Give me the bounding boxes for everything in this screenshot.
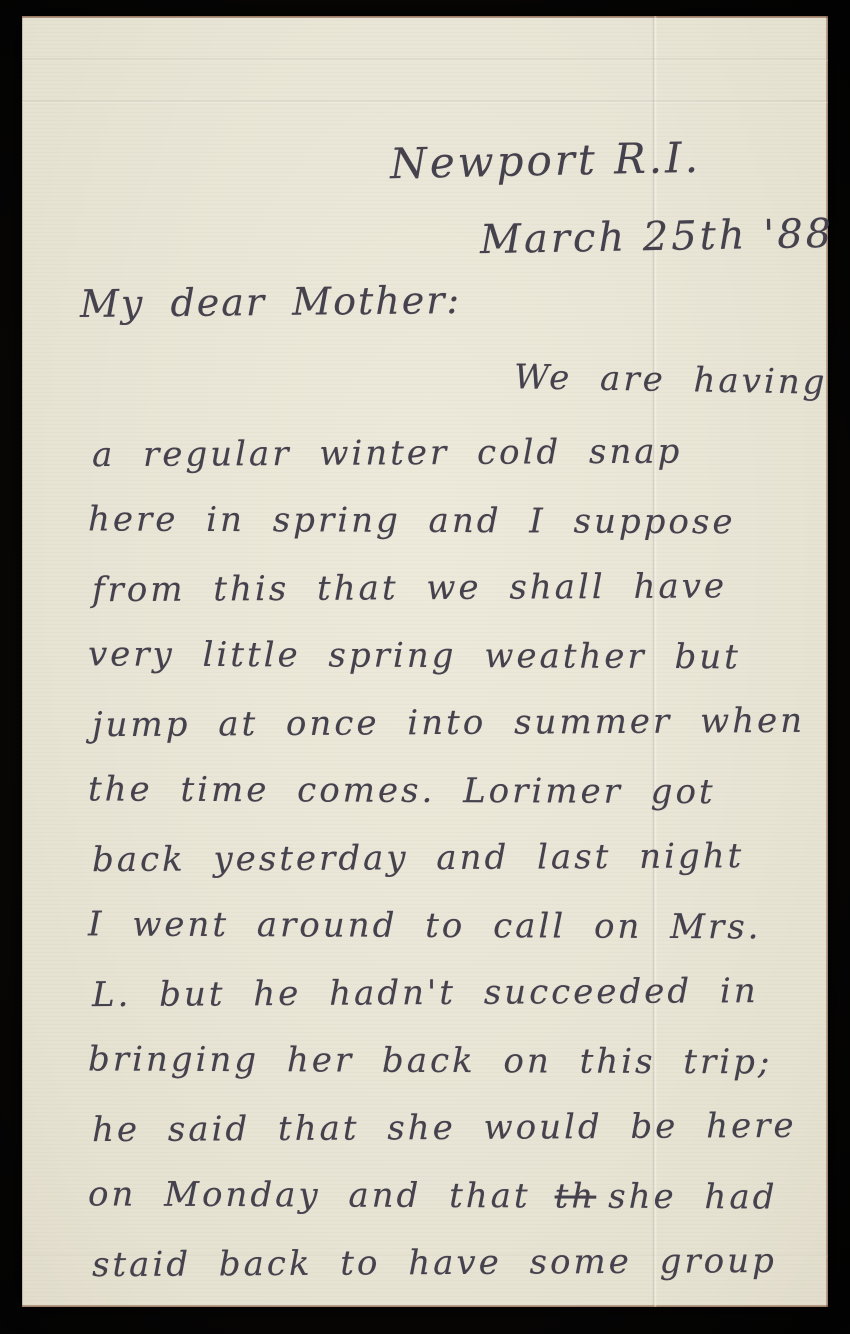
letter-line-5: jump at once into summer when bbox=[88, 688, 808, 760]
letter-line-10: bringing her back on this trip; bbox=[88, 1026, 808, 1097]
heading-date: March 25th '88 bbox=[480, 211, 835, 263]
letter-line-3: from this that we shall have bbox=[88, 553, 808, 625]
letter-line-6: the time comes. Lorimer got bbox=[88, 756, 808, 827]
letter-line-9: L. but he hadn't succeeded in bbox=[88, 958, 808, 1030]
line-12-post-text: she had bbox=[608, 1176, 777, 1217]
letter-line-4: very little spring weather but bbox=[88, 621, 808, 692]
letter-line-7: back yesterday and last night bbox=[88, 823, 808, 895]
letter-line-2: here in spring and I suppose bbox=[88, 486, 808, 557]
line-12-pre-text: on Monday and that bbox=[88, 1174, 531, 1216]
letter-line-8: I went around to call on Mrs. bbox=[88, 891, 808, 962]
heading-place: Newport R.I. bbox=[390, 133, 702, 189]
struck-word: th bbox=[555, 1176, 597, 1216]
opening-line: We are having bbox=[514, 357, 828, 402]
letter-line-1: a regular winter cold snap bbox=[88, 418, 808, 490]
salutation: My dear Mother: bbox=[80, 278, 462, 326]
letter-line-13: staid back to have some group bbox=[88, 1228, 808, 1300]
horizontal-crease-top-1 bbox=[22, 58, 828, 61]
letter-line-11: he said that she would be here bbox=[88, 1093, 808, 1165]
horizontal-crease-top-2 bbox=[22, 100, 828, 103]
scan-background: Newport R.I. March 25th '88 My dear Moth… bbox=[0, 0, 850, 1334]
letter-body: a regular winter cold snap here in sprin… bbox=[88, 420, 808, 1298]
letter-page: Newport R.I. March 25th '88 My dear Moth… bbox=[22, 16, 828, 1307]
letter-line-12-with-strikeout: on Monday and thatthshe had bbox=[88, 1161, 808, 1232]
